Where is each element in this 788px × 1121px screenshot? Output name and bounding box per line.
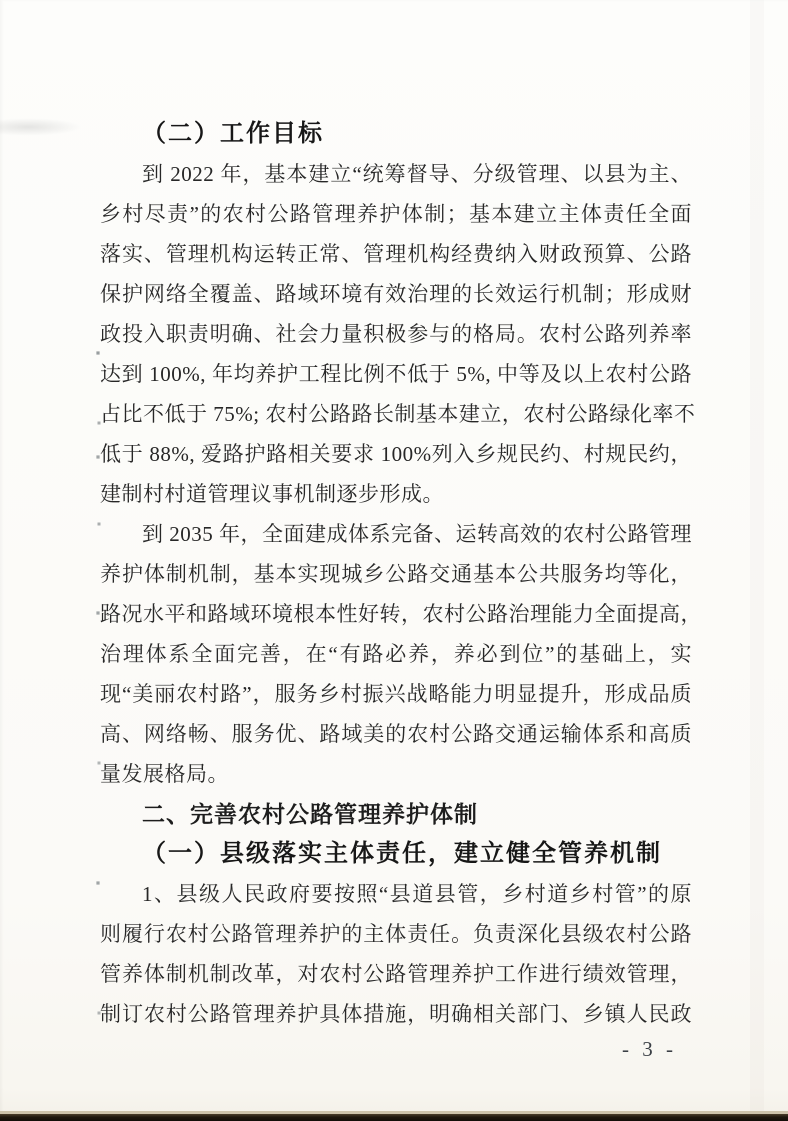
text-line: 养护体制机制，基本实现城乡公路交通基本公共服务均等化， <box>100 554 692 594</box>
paragraph-2035-goals: 到 2035 年，全面建成体系完备、运转高效的农村公路管理 养护体制机制，基本实… <box>100 514 692 794</box>
text-line: 1、县级人民政府要按照“县道县管，乡村道乡村管”的原 <box>100 874 692 914</box>
text-line: 达到 100%, 年均养护工程比例不低于 5%, 中等及以上农村公路 <box>100 354 692 394</box>
text-line: 路况水平和路域环境根本性好转，农村公路治理能力全面提高， <box>100 594 692 634</box>
text-line: 乡村尽责”的农村公路管理养护体制；基本建立主体责任全面 <box>100 194 692 234</box>
scanned-document-page: （二）工作目标 到 2022 年，基本建立“统筹督导、分级管理、以县为主、 乡村… <box>0 0 788 1121</box>
text-line: 治理体系全面完善，在“有路必养，养必到位”的基础上，实 <box>100 634 692 674</box>
text-line: 现“美丽农村路”，服务乡村振兴战略能力明显提升，形成品质 <box>100 674 692 714</box>
text-line: 制订农村公路管理养护具体措施，明确相关部门、乡镇人民政 <box>100 994 692 1034</box>
scan-edge-bottom <box>0 1114 788 1121</box>
paragraph-2022-goals: 到 2022 年，基本建立“统筹督导、分级管理、以县为主、 乡村尽责”的农村公路… <box>100 154 692 514</box>
text-line: 落实、管理机构运转正常、管理机构经费纳入财政预算、公路 <box>100 234 692 274</box>
text-line: 占比不低于 75%; 农村公路路长制基本建立，农村公路绿化率不 <box>100 394 692 434</box>
scan-speck-artifacts <box>0 0 2 2</box>
text-line: 管养体制机制改革，对农村公路管理养护工作进行绩效管理， <box>100 954 692 994</box>
paragraph-county-responsibility: 1、县级人民政府要按照“县道县管，乡村道乡村管”的原 则履行农村公路管理养护的主… <box>100 874 692 1034</box>
section-heading-county-responsibility: （一）县级落实主体责任，建立健全管养机制 <box>100 834 692 874</box>
page-number: - 3 - <box>622 1036 702 1062</box>
text-line: 保护网络全覆盖、路域环境有效治理的长效运行机制；形成财 <box>100 274 692 314</box>
text-line: 到 2022 年，基本建立“统筹督导、分级管理、以县为主、 <box>100 154 692 194</box>
text-line: 建制村村道管理议事机制逐步形成。 <box>100 474 692 514</box>
text-line: 低于 88%, 爱路护路相关要求 100%列入乡规民约、村规民约， <box>100 434 692 474</box>
text-line: 量发展格局。 <box>100 754 692 794</box>
document-body: （二）工作目标 到 2022 年，基本建立“统筹督导、分级管理、以县为主、 乡村… <box>100 114 692 1034</box>
text-line: 则履行农村公路管理养护的主体责任。负责深化县级农村公路 <box>100 914 692 954</box>
scan-smudge-artifact <box>0 118 82 136</box>
text-line: 到 2035 年，全面建成体系完备、运转高效的农村公路管理 <box>100 514 692 554</box>
section-heading-work-goals: （二）工作目标 <box>100 114 692 154</box>
text-line: 高、网络畅、服务优、路域美的农村公路交通运输体系和高质 <box>100 714 692 754</box>
scan-right-shading <box>750 0 764 1121</box>
section-heading-improve-system: 二、完善农村公路管理养护体制 <box>100 794 692 834</box>
text-line: 政投入职责明确、社会力量积极参与的格局。农村公路列养率 <box>100 314 692 354</box>
